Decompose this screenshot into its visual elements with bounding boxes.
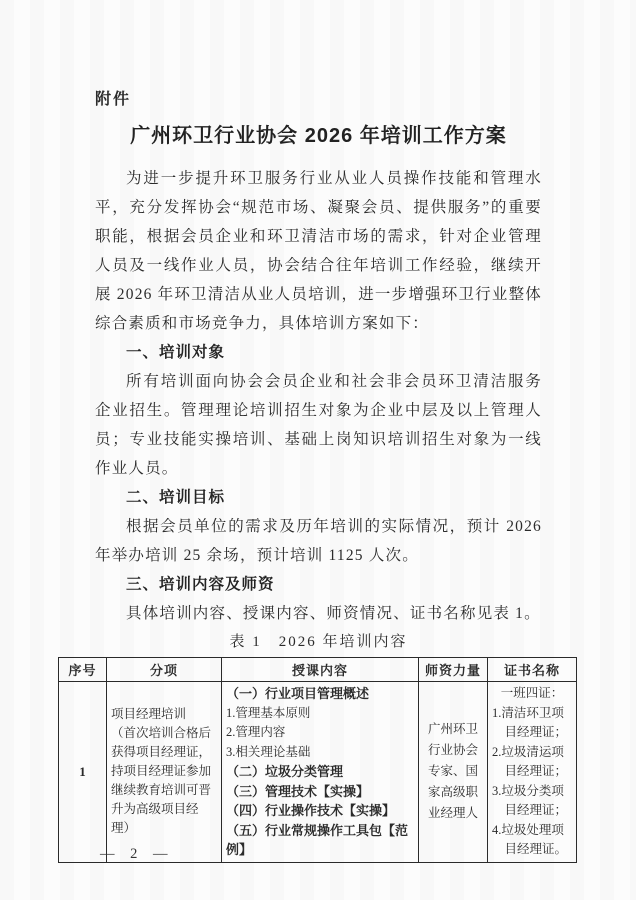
- category-cell: 项目经理培训（首次培训合格后获得项目经理证，持项目经理证参加继续教育培训可晋升为…: [107, 682, 222, 863]
- document-page: 附件 广州环卫行业协会 2026 年培训工作方案 为进一步提升环卫服务行业从业人…: [0, 0, 636, 900]
- header-serial-number: 序号: [59, 658, 107, 682]
- page-number: — 2 —: [100, 846, 174, 863]
- section-heading-3: 三、培训内容及师资: [95, 570, 542, 599]
- header-certificate-name: 证书名称: [488, 658, 577, 682]
- header-category: 分项: [107, 658, 222, 682]
- section-body-1: 所有培训面向协会会员企业和社会非会员环卫清洁服务企业招生。管理理论培训招生对象为…: [95, 367, 542, 483]
- section-body-2: 根据会员单位的需求及历年培训的实际情况，预计 2026 年举办培训 25 余场，…: [95, 512, 542, 570]
- serial-number-cell: 1: [59, 682, 107, 863]
- header-faculty: 师资力量: [419, 658, 488, 682]
- section-heading-1: 一、培训对象: [95, 338, 542, 367]
- table-header-row: 序号 分项 授课内容 师资力量 证书名称: [59, 658, 577, 682]
- table-caption: 表 1 2026 年培训内容: [95, 629, 542, 655]
- table-row: 1 项目经理培训（首次培训合格后获得项目经理证，持项目经理证参加继续教育培训可晋…: [59, 682, 577, 863]
- certificate-cell: 一班四证：1.清洁环卫项目经理证；2.垃圾清运项目经理证；3.垃圾分类项目经理证…: [488, 682, 577, 863]
- training-table: 序号 分项 授课内容 师资力量 证书名称 1 项目经理培训（首次培训合格后获得项…: [58, 657, 577, 863]
- intro-paragraph: 为进一步提升环卫服务行业从业人员操作技能和管理水平，充分发挥协会“规范市场、凝聚…: [95, 164, 542, 338]
- course-content-cell: （一）行业项目管理概述1.管理基本原则2.管理内容3.相关理论基础（二）垃圾分类…: [222, 682, 419, 863]
- header-course-content: 授课内容: [222, 658, 419, 682]
- document-title: 广州环卫行业协会 2026 年培训工作方案: [95, 119, 542, 148]
- section-heading-2: 二、培训目标: [95, 483, 542, 512]
- attachment-label: 附件: [95, 86, 542, 109]
- section-body-3: 具体培训内容、授课内容、师资情况、证书名称见表 1。: [95, 599, 542, 628]
- faculty-cell: 广州环卫行业协会专家、国家高级职业经理人: [419, 682, 488, 863]
